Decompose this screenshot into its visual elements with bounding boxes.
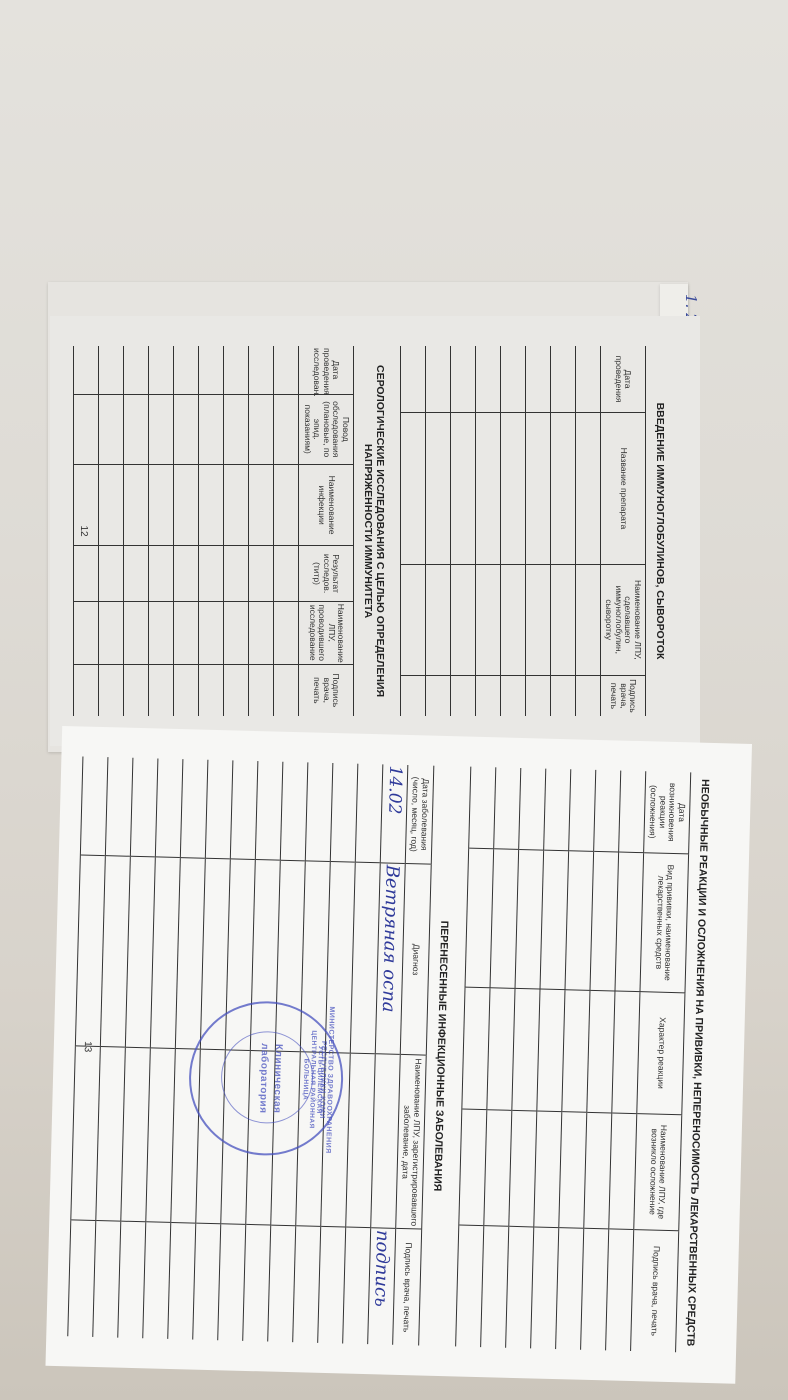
serology-table: Дата проведения исследован. Повод обслед…	[74, 346, 355, 716]
col-lpu: Наименование ЛПУ, проводившего исследова…	[299, 601, 354, 664]
table-row	[199, 346, 224, 716]
col-date: Дата заболевания (число, месяц, год)	[405, 765, 434, 864]
table-cell	[350, 862, 380, 1054]
table-cell	[199, 346, 224, 394]
reactions-table: Дата возникновения реакции (осложнения) …	[455, 767, 691, 1353]
table-cell	[515, 849, 544, 989]
table-cell	[99, 601, 124, 664]
table-cell	[155, 758, 183, 857]
table-cell	[174, 394, 199, 464]
table-cell	[562, 990, 590, 1112]
table-cell	[96, 1047, 126, 1222]
table-cell	[130, 758, 158, 857]
table-row	[149, 346, 174, 716]
table-cell	[526, 564, 551, 675]
table-cell	[544, 769, 571, 851]
table-cell	[99, 464, 124, 545]
col-signature: Подпись врача, печать	[631, 1229, 679, 1352]
table-cell	[218, 1224, 246, 1341]
page-number: 12	[78, 316, 89, 746]
table-cell	[143, 1222, 171, 1339]
table-cell	[118, 1222, 146, 1339]
table-cell	[280, 762, 308, 861]
table-cell	[476, 413, 501, 565]
table-cell	[556, 1227, 584, 1349]
table-cell	[124, 546, 149, 602]
table-cell	[249, 464, 274, 545]
table-cell	[559, 1111, 587, 1228]
section-title-immunoglobulins: ВВЕДЕНИЕ ИММУНОГЛОБУЛИНОВ, СЫВОРОТОК	[654, 346, 666, 716]
col-reaction: Характер реакции	[637, 992, 685, 1115]
table-cell	[506, 1226, 534, 1348]
table-cell	[249, 394, 274, 464]
col-signature: Подпись врача, печать	[601, 675, 646, 716]
table-cell	[174, 346, 199, 394]
table-cell	[125, 856, 155, 1048]
table-cell	[551, 346, 576, 413]
table-cell	[426, 675, 451, 716]
col-reason: Повод обследования (плановые, по эпид. п…	[299, 394, 354, 464]
table-row	[526, 346, 551, 716]
table-cell	[100, 856, 130, 1048]
col-lpu: Наименование ЛПУ, сделавшего иммуноглобу…	[601, 564, 646, 675]
table-cell	[255, 761, 283, 860]
table-cell	[587, 990, 615, 1112]
table-cell	[612, 991, 640, 1113]
table-cell	[149, 664, 174, 716]
table-row	[99, 346, 124, 716]
table-cell	[99, 546, 124, 602]
table-cell	[318, 1227, 346, 1344]
table-cell	[274, 546, 299, 602]
table-cell	[540, 850, 569, 990]
table-cell	[124, 664, 149, 716]
table-cell	[174, 601, 199, 664]
handwritten-diagnosis: Ветряная оспа	[375, 863, 405, 1055]
table-cell	[355, 764, 383, 863]
table-row	[426, 346, 451, 716]
table-cell	[274, 664, 299, 716]
handwritten-signature: подпись	[368, 1228, 396, 1345]
table-cell	[293, 1226, 321, 1343]
table-cell	[609, 1113, 637, 1230]
table-cell	[150, 857, 180, 1049]
table-cell	[526, 675, 551, 716]
table-cell	[459, 1109, 487, 1226]
table-cell	[490, 848, 519, 988]
immunoglobulin-table: Дата проведения Название препарата Наиме…	[400, 346, 646, 716]
table-cell	[343, 1228, 371, 1345]
page-12: ВВЕДЕНИЕ ИММУНОГЛОБУЛИНОВ, СЫВОРОТОК Дат…	[50, 316, 700, 746]
table-cell	[615, 852, 644, 992]
table-cell	[199, 464, 224, 545]
table-cell	[401, 346, 426, 413]
table-cell	[451, 675, 476, 716]
table-cell	[451, 346, 476, 413]
table-cell	[149, 464, 174, 545]
table-cell	[501, 413, 526, 565]
table-cell	[531, 1227, 559, 1349]
table-row	[249, 346, 274, 716]
table-cell	[581, 1228, 609, 1350]
col-date: Дата проведения	[601, 346, 646, 413]
col-date: Дата проведения исследован.	[299, 346, 354, 394]
table-cell	[569, 769, 596, 851]
table-cell	[426, 413, 451, 565]
table-cell	[305, 762, 333, 861]
handwritten-date: 14.02	[380, 764, 408, 863]
table-cell	[121, 1048, 151, 1223]
table-cell	[509, 1110, 537, 1227]
table-cell	[224, 601, 249, 664]
table-cell	[224, 346, 249, 394]
col-date: Дата возникновения реакции (осложнения)	[644, 771, 691, 853]
stamp-center-line-1: Клиническая	[270, 1004, 285, 1154]
table-cell	[534, 1111, 562, 1228]
table-cell	[149, 346, 174, 394]
table-cell	[576, 564, 601, 675]
table-cell	[249, 601, 274, 664]
table-row	[501, 346, 526, 716]
table-cell	[124, 601, 149, 664]
table-cell	[168, 1223, 196, 1340]
col-diagnosis: Диагноз	[400, 864, 431, 1056]
table-cell	[346, 1054, 376, 1229]
table-cell	[494, 767, 521, 849]
table-cell	[526, 413, 551, 565]
table-cell	[224, 464, 249, 545]
table-cell	[426, 346, 451, 413]
table-cell	[476, 346, 501, 413]
table-cell	[174, 546, 199, 602]
table-cell	[124, 346, 149, 394]
table-cell	[124, 464, 149, 545]
table-cell	[537, 989, 565, 1111]
col-vaccine: Вид прививки, наименование лекарственных…	[640, 852, 689, 992]
table-cell	[519, 768, 546, 850]
table-cell	[199, 601, 224, 664]
stamp-middle-text: УСТЬ-ЦИЛЕМСКАЯ ЦЕНТРАЛЬНАЯ РАЙОННАЯ БОЛЬ…	[300, 1004, 325, 1154]
table-cell	[175, 858, 205, 1050]
table-cell	[551, 564, 576, 675]
table-cell	[205, 760, 233, 859]
table-row	[576, 346, 601, 716]
table-cell	[146, 1048, 176, 1223]
table-row	[551, 346, 576, 716]
table-cell	[149, 546, 174, 602]
table-row	[224, 346, 249, 716]
table-cell	[224, 664, 249, 716]
table-cell	[174, 464, 199, 545]
table-row	[451, 346, 476, 716]
table-cell	[606, 1229, 634, 1351]
table-cell	[268, 1226, 296, 1343]
table-cell	[426, 564, 451, 675]
table-cell	[551, 675, 576, 716]
table-row	[174, 346, 199, 716]
table-cell	[199, 394, 224, 464]
table-cell	[456, 1225, 484, 1347]
table-cell	[465, 848, 494, 988]
table-row	[476, 346, 501, 716]
table-cell	[274, 464, 299, 545]
table-cell	[551, 413, 576, 565]
table-cell	[274, 394, 299, 464]
table-cell	[594, 770, 621, 852]
section-title-serology: СЕРОЛОГИЧЕСКИЕ ИССЛЕДОВАНИЯ С ЦЕЛЬЮ ОПРЕ…	[362, 346, 386, 716]
table-cell	[224, 546, 249, 602]
table-cell	[274, 601, 299, 664]
stamp-center-line-2: лаборатория	[256, 1003, 271, 1153]
table-cell	[481, 1225, 509, 1347]
table-cell	[174, 664, 199, 716]
table-cell	[451, 413, 476, 565]
table-cell	[401, 413, 426, 565]
table-cell	[99, 394, 124, 464]
col-result: Результат исследов. (титр)	[299, 546, 354, 602]
table-row	[124, 346, 149, 716]
table-cell	[249, 664, 274, 716]
table-cell	[230, 760, 258, 859]
table-cell	[584, 1112, 612, 1229]
table-cell	[124, 394, 149, 464]
table-cell	[590, 851, 619, 991]
table-cell	[330, 763, 358, 862]
table-row	[274, 346, 299, 716]
table-cell	[149, 394, 174, 464]
table-cell	[401, 675, 426, 716]
col-signature: Подпись врача, печать	[393, 1229, 422, 1346]
table-cell	[619, 771, 646, 853]
table-cell	[274, 346, 299, 394]
table-cell	[565, 850, 594, 990]
table-cell	[512, 988, 540, 1110]
table-cell	[105, 757, 133, 856]
table-cell	[249, 546, 274, 602]
table-cell	[476, 564, 501, 675]
table-cell	[476, 675, 501, 716]
table-cell	[180, 759, 208, 858]
table-cell	[249, 346, 274, 394]
table-cell	[224, 394, 249, 464]
col-lpu: Наименование ЛПУ, где возникло осложнени…	[634, 1113, 682, 1230]
table-row	[401, 346, 426, 716]
table-cell	[501, 675, 526, 716]
page-13: НЕОБЫЧНЫЕ РЕАКЦИИ И ОСЛОЖНЕНИЯ НА ПРИВИВ…	[45, 726, 752, 1384]
col-preparation: Название препарата	[601, 413, 646, 565]
table-cell	[576, 413, 601, 565]
table-cell	[199, 664, 224, 716]
table-cell	[484, 1109, 512, 1226]
table-cell	[99, 346, 124, 394]
table-cell	[243, 1225, 271, 1342]
table-cell	[199, 546, 224, 602]
table-cell	[401, 564, 426, 675]
table-cell	[487, 988, 515, 1110]
table-cell	[193, 1224, 221, 1341]
table-cell	[93, 1221, 121, 1338]
table-cell	[451, 564, 476, 675]
table-cell	[526, 346, 551, 413]
table-cell	[501, 346, 526, 413]
table-cell	[576, 675, 601, 716]
table-cell	[99, 664, 124, 716]
col-lpu: Наименование ЛПУ, зарегистрировавшего за…	[396, 1055, 427, 1230]
col-infection: Наименование инфекции	[299, 464, 354, 545]
table-cell	[576, 346, 601, 413]
col-signature: Подпись врача, печать	[299, 664, 354, 716]
table-cell	[501, 564, 526, 675]
table-cell	[469, 767, 496, 849]
table-cell	[462, 987, 490, 1109]
table-cell	[149, 601, 174, 664]
